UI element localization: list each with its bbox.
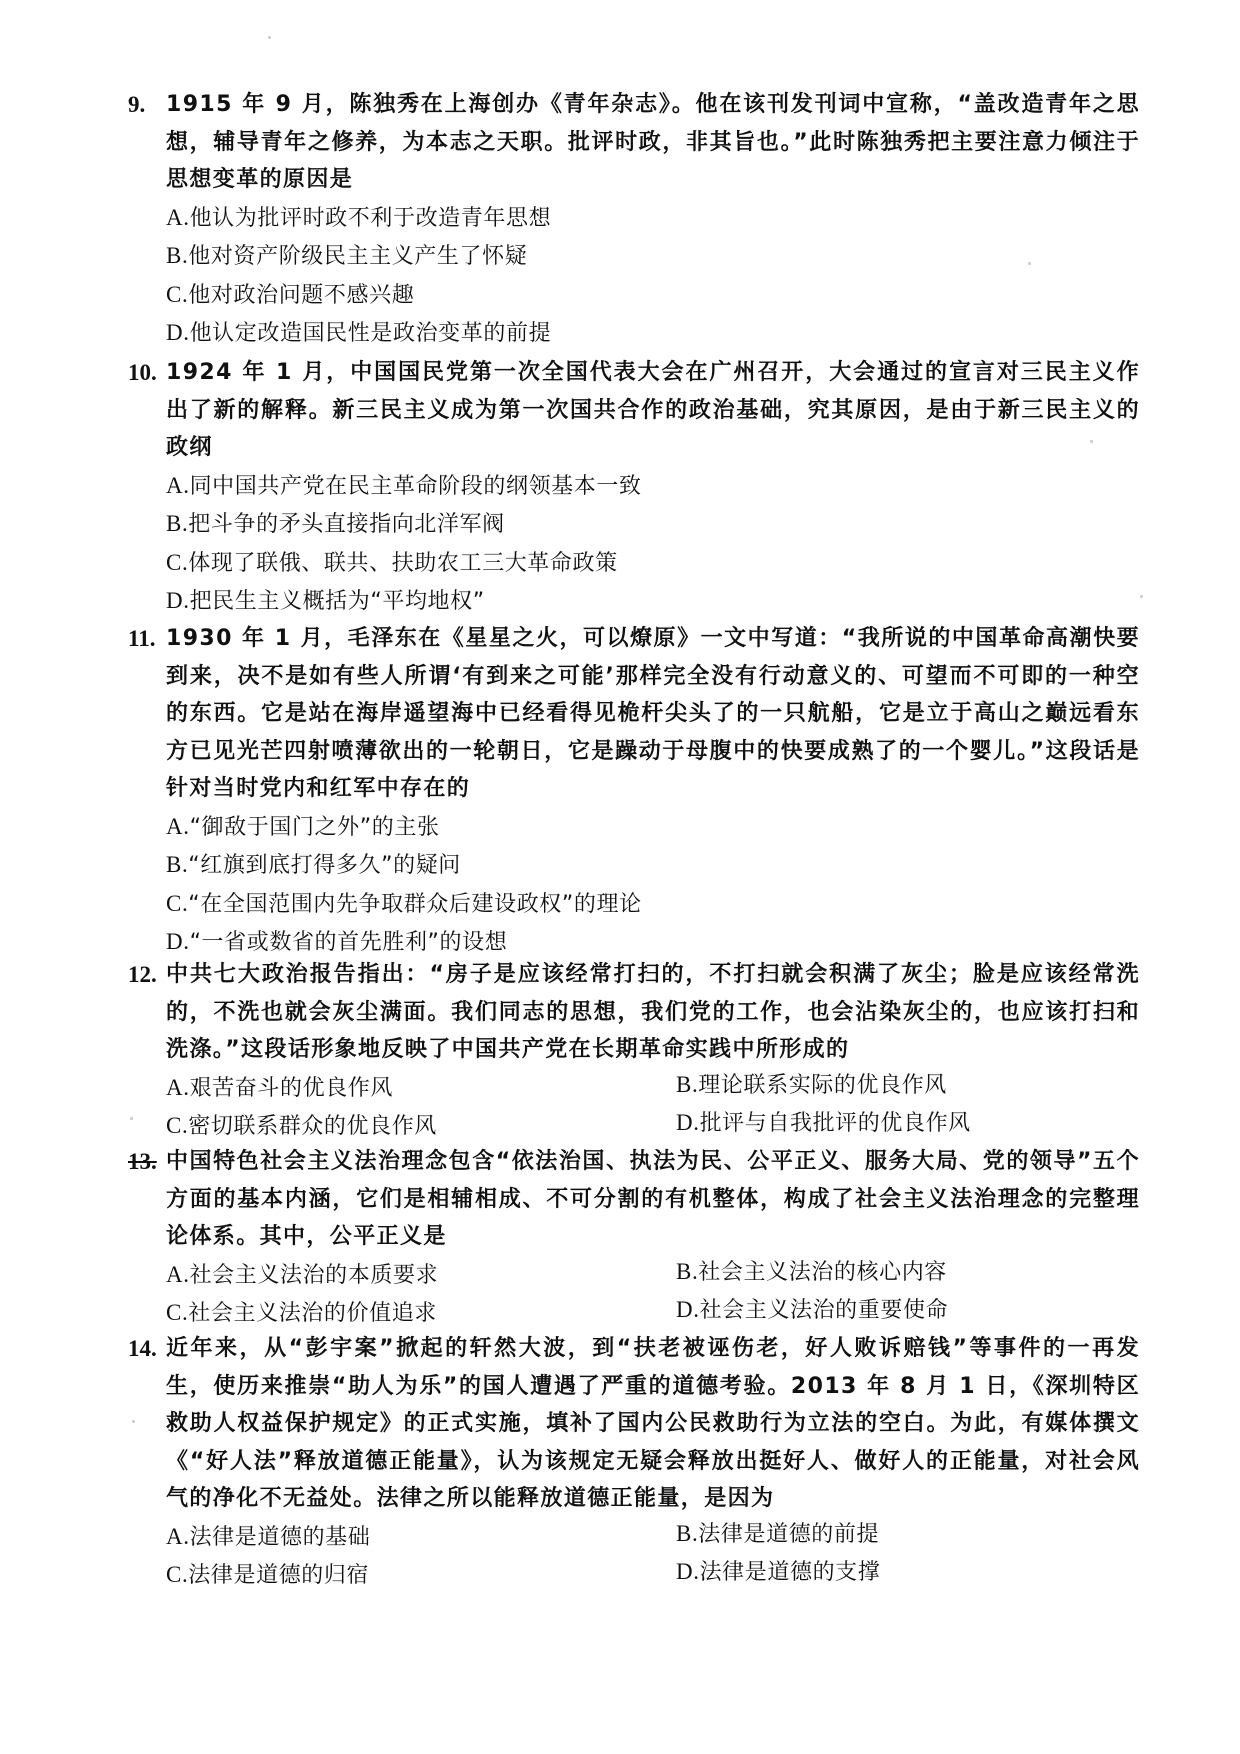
question-number: 13.: [128, 1143, 157, 1181]
option-text: 社会主义法治的本质要求: [190, 1263, 439, 1288]
question-number: 11.: [128, 620, 155, 658]
question-stem: 9. 1915 年 9 月，陈独秀在上海创办《青年杂志》。他在该刊发刊词中宣称，…: [130, 86, 1140, 199]
option-a: A.法律是道德的基础: [166, 1518, 676, 1557]
option-a: A.艰苦奋斗的优良作风: [166, 1069, 676, 1108]
option-letter: C.: [166, 550, 188, 575]
question-text: 1924 年 1 月，中国国民党第一次全国代表大会在广州召开，大会通过的宣言对三…: [166, 360, 1140, 460]
option-text: 密切联系群众的优良作风: [188, 1114, 437, 1139]
question-stem: 14. 近年来，从“彭宇案”掀起的轩然大波，到“扶老被诬伤老，好人败诉赔钱”等事…: [130, 1330, 1140, 1518]
option-c: C.体现了联俄、联共、扶助农工三大革命政策: [166, 544, 1140, 583]
option-text: “在全国范围内先争取群众后建设政权”的理论: [188, 892, 641, 917]
scan-speck: [268, 36, 271, 39]
question-number: 10.: [128, 354, 157, 392]
question-14: 14. 近年来，从“彭宇案”掀起的轩然大波，到“扶老被诬伤老，好人败诉赔钱”等事…: [130, 1330, 1140, 1595]
option-letter: B.: [676, 1259, 698, 1284]
option-letter: D.: [676, 1297, 700, 1322]
option-text: 法律是道德的基础: [190, 1525, 371, 1550]
question-text: 中共七大政治报告指出：“房子是应该经常打扫的，不打扫就会积满了灰尘；脸是应该经常…: [166, 962, 1140, 1062]
options-list: A.艰苦奋斗的优良作风 B.理论联系实际的优良作风 C.密切联系群众的优良作风 …: [130, 1069, 1140, 1146]
option-c: C.社会主义法治的价值追求: [166, 1294, 676, 1333]
option-a: A.“御敌于国门之外”的主张: [166, 808, 1140, 847]
option-letter: B.: [166, 852, 188, 877]
option-text: 法律是道德的归宿: [188, 1563, 369, 1588]
option-letter: D.: [676, 1110, 700, 1135]
option-d: D.批评与自我批评的优良作风: [676, 1104, 1146, 1143]
option-letter: D.: [166, 929, 190, 954]
option-b: B.法律是道德的前提: [676, 1515, 1146, 1554]
option-letter: D.: [166, 588, 190, 613]
option-letter: C.: [166, 1562, 188, 1587]
option-text: 社会主义法治的价值追求: [188, 1301, 437, 1326]
option-letter: D.: [676, 1559, 700, 1584]
option-c: C.“在全国范围内先争取群众后建设政权”的理论: [166, 885, 1140, 924]
options-list: A.他认为批评时政不利于改造青年思想 B.他对资产阶级民主主义产生了怀疑 C.他…: [130, 199, 1140, 353]
option-letter: C.: [166, 891, 188, 916]
option-a: A.同中国共产党在民主革命阶段的纲领基本一致: [166, 467, 1140, 506]
scan-speck: [1140, 595, 1143, 598]
option-letter: B.: [676, 1521, 698, 1546]
option-letter: A.: [166, 1524, 190, 1549]
option-d: D.社会主义法治的重要使命: [676, 1291, 1146, 1330]
options-list: A.法律是道德的基础 B.法律是道德的前提 C.法律是道德的归宿 D.法律是道德…: [130, 1518, 1140, 1595]
option-text: “一省或数省的首先胜利”的设想: [190, 930, 508, 955]
option-d: D.他认定改造国民性是政治变革的前提: [166, 314, 1140, 353]
question-9: 9. 1915 年 9 月，陈独秀在上海创办《青年杂志》。他在该刊发刊词中宣称，…: [130, 86, 1140, 353]
question-text: 1930 年 1 月，毛泽东在《星星之火，可以燎原》一文中写道：“我所说的中国革…: [166, 626, 1140, 801]
scan-speck: [132, 1420, 135, 1423]
option-text: 把斗争的矛头直接指向北洋军阀: [188, 512, 504, 537]
option-letter: A.: [166, 205, 190, 230]
option-text: 法律是道德的前提: [698, 1522, 879, 1547]
option-letter: B.: [166, 243, 188, 268]
option-letter: C.: [166, 1113, 188, 1138]
option-c: C.他对政治问题不感兴趣: [166, 276, 1140, 315]
option-text: 批评与自我批评的优良作风: [700, 1111, 971, 1136]
question-text: 1915 年 9 月，陈独秀在上海创办《青年杂志》。他在该刊发刊词中宣称，“盖改…: [166, 92, 1140, 192]
option-text: 法律是道德的支撑: [700, 1560, 881, 1585]
option-b: B.把斗争的矛头直接指向北洋军阀: [166, 505, 1140, 544]
options-list: A.同中国共产党在民主革命阶段的纲领基本一致 B.把斗争的矛头直接指向北洋军阀 …: [130, 467, 1140, 621]
option-text: 艰苦奋斗的优良作风: [190, 1076, 393, 1101]
option-letter: A.: [166, 1075, 190, 1100]
option-letter: B.: [166, 511, 188, 536]
question-stem: 13. 中国特色社会主义法治理念包含“依法治国、执法为民、公平正义、服务大局、党…: [130, 1143, 1140, 1256]
option-c: C.密切联系群众的优良作风: [166, 1107, 676, 1146]
exam-page: 9. 1915 年 9 月，陈独秀在上海创办《青年杂志》。他在该刊发刊词中宣称，…: [0, 0, 1240, 1754]
question-text: 中国特色社会主义法治理念包含“依法治国、执法为民、公平正义、服务大局、党的领导”…: [166, 1149, 1140, 1249]
option-b: B.“红旗到底打得多久”的疑问: [166, 846, 1140, 885]
option-b: B.他对资产阶级民主主义产生了怀疑: [166, 237, 1140, 276]
option-text: 社会主义法治的重要使命: [700, 1298, 949, 1323]
scan-speck: [130, 1117, 133, 1120]
option-letter: A.: [166, 473, 190, 498]
question-number: 12.: [128, 956, 157, 994]
question-stem: 10. 1924 年 1 月，中国国民党第一次全国代表大会在广州召开，大会通过的…: [130, 354, 1140, 467]
option-b: B.社会主义法治的核心内容: [676, 1253, 1146, 1292]
option-text: 把民生主义概括为“平均地权”: [190, 589, 485, 614]
question-stem: 11. 1930 年 1 月，毛泽东在《星星之火，可以燎原》一文中写道：“我所说…: [130, 620, 1140, 808]
scan-speck: [1028, 262, 1031, 265]
option-text: “御敌于国门之外”的主张: [190, 815, 440, 840]
option-letter: C.: [166, 282, 188, 307]
option-letter: B.: [676, 1072, 698, 1097]
option-b: B.理论联系实际的优良作风: [676, 1066, 1146, 1105]
options-list: A.社会主义法治的本质要求 B.社会主义法治的核心内容 C.社会主义法治的价值追…: [130, 1256, 1140, 1333]
question-text: 近年来，从“彭宇案”掀起的轩然大波，到“扶老被诬伤老，好人败诉赔钱”等事件的一再…: [166, 1336, 1140, 1511]
option-text: “红旗到底打得多久”的疑问: [188, 853, 461, 878]
option-text: 他认定改造国民性是政治变革的前提: [190, 321, 552, 346]
option-letter: D.: [166, 320, 190, 345]
question-12: 12. 中共七大政治报告指出：“房子是应该经常打扫的，不打扫就会积满了灰尘；脸是…: [130, 956, 1140, 1146]
option-d: D.把民生主义概括为“平均地权”: [166, 582, 1140, 621]
option-c: C.法律是道德的归宿: [166, 1556, 676, 1595]
option-letter: A.: [166, 1262, 190, 1287]
question-stem: 12. 中共七大政治报告指出：“房子是应该经常打扫的，不打扫就会积满了灰尘；脸是…: [130, 956, 1140, 1069]
option-d: D.法律是道德的支撑: [676, 1553, 1146, 1592]
option-text: 同中国共产党在民主革命阶段的纲领基本一致: [190, 474, 642, 499]
option-letter: C.: [166, 1300, 188, 1325]
options-list: A.“御敌于国门之外”的主张 B.“红旗到底打得多久”的疑问 C.“在全国范围内…: [130, 808, 1140, 962]
option-text: 体现了联俄、联共、扶助农工三大革命政策: [188, 551, 617, 576]
option-text: 他对资产阶级民主主义产生了怀疑: [188, 244, 527, 269]
question-11: 11. 1930 年 1 月，毛泽东在《星星之火，可以燎原》一文中写道：“我所说…: [130, 620, 1140, 962]
question-number: 9.: [128, 86, 145, 124]
option-text: 他对政治问题不感兴趣: [188, 283, 414, 308]
question-number: 14.: [128, 1330, 157, 1368]
option-letter: A.: [166, 814, 190, 839]
question-13: 13. 中国特色社会主义法治理念包含“依法治国、执法为民、公平正义、服务大局、党…: [130, 1143, 1140, 1333]
scan-speck: [1090, 440, 1093, 443]
option-a: A.他认为批评时政不利于改造青年思想: [166, 199, 1140, 238]
option-a: A.社会主义法治的本质要求: [166, 1256, 676, 1295]
question-10: 10. 1924 年 1 月，中国国民党第一次全国代表大会在广州召开，大会通过的…: [130, 354, 1140, 621]
option-text: 社会主义法治的核心内容: [698, 1260, 947, 1285]
option-text: 他认为批评时政不利于改造青年思想: [190, 206, 552, 231]
option-text: 理论联系实际的优良作风: [698, 1073, 947, 1098]
